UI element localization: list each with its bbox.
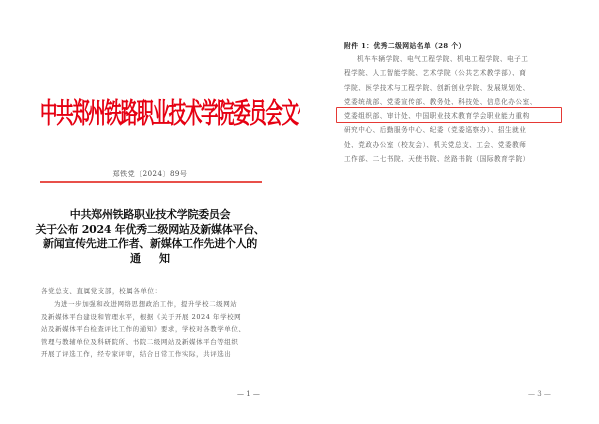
notice-title: 中共郑州铁路职业技术学院委员会 关于公布 2024 年优秀二级网站及新媒体平台、… [0, 208, 300, 266]
document-number: 郑铁党〔2024〕89号 [0, 169, 300, 179]
list-line: 研究中心、后勤服务中心、纪委（党委巡察办）、招生就业 [344, 123, 566, 137]
body-line: 管理与教辅单位及科研院所、书院二级网站及新媒体平台等组织 [41, 336, 263, 349]
body-line: 站及新媒体平台检查评比工作的通知》要求，学校对各教学单位、 [41, 323, 263, 336]
page-number: — 1 — [237, 390, 260, 398]
body-line: 开展了评选工作，经专家评审，结合日常工作实际，共评选出 [41, 348, 263, 361]
list-line: 工作部、二七书院、天使书院、丝路书院（国际教育学院） [344, 152, 566, 166]
body-line: 及新媒体平台建设和管理水平，根据《关于开展 2024 年学校网 [41, 311, 263, 324]
body-line: 为进一步加强和改进网络思想政治工作，提升学校二级网站 [41, 298, 263, 311]
attachment-title: 附件 1：优秀二级网站名单（28 个） [344, 40, 466, 50]
list-line: 学院、医学技术与工程学院、创新创业学院、发展规划处、 [344, 81, 566, 95]
red-divider-line [40, 181, 262, 183]
page-number: — 3 — [528, 390, 551, 398]
title-line: 中共郑州铁路职业技术学院委员会 [0, 208, 300, 223]
title-line: 关于公布 2024 年优秀二级网站及新媒体平台、 [0, 223, 300, 238]
title-line: 通知 [0, 252, 300, 267]
salutation: 各党总支、直属党支部，校属各单位： [41, 286, 162, 295]
document-page-1: 中共郑州铁路职业技术学院委员会文件 郑铁党〔2024〕89号 中共郑州铁路职业技… [0, 0, 300, 424]
red-header-title: 中共郑州铁路职业技术学院委员会文件 [40, 92, 262, 132]
title-line: 新闻宣传先进工作者、新媒体工作先进个人的 [0, 237, 300, 252]
list-line: 处、党政办公室（校友会）、机关党总支、工会、党委教师 [344, 138, 566, 152]
list-line: 程学院、人工智能学院、艺术学院（公共艺术教学部）、商 [344, 66, 566, 80]
red-highlight-box [336, 107, 562, 123]
list-line: 机车车辆学院、电气工程学院、机电工程学院、电子工 [344, 52, 566, 66]
body-paragraph: 为进一步加强和改进网络思想政治工作，提升学校二级网站 及新媒体平台建设和管理水平… [41, 298, 263, 361]
